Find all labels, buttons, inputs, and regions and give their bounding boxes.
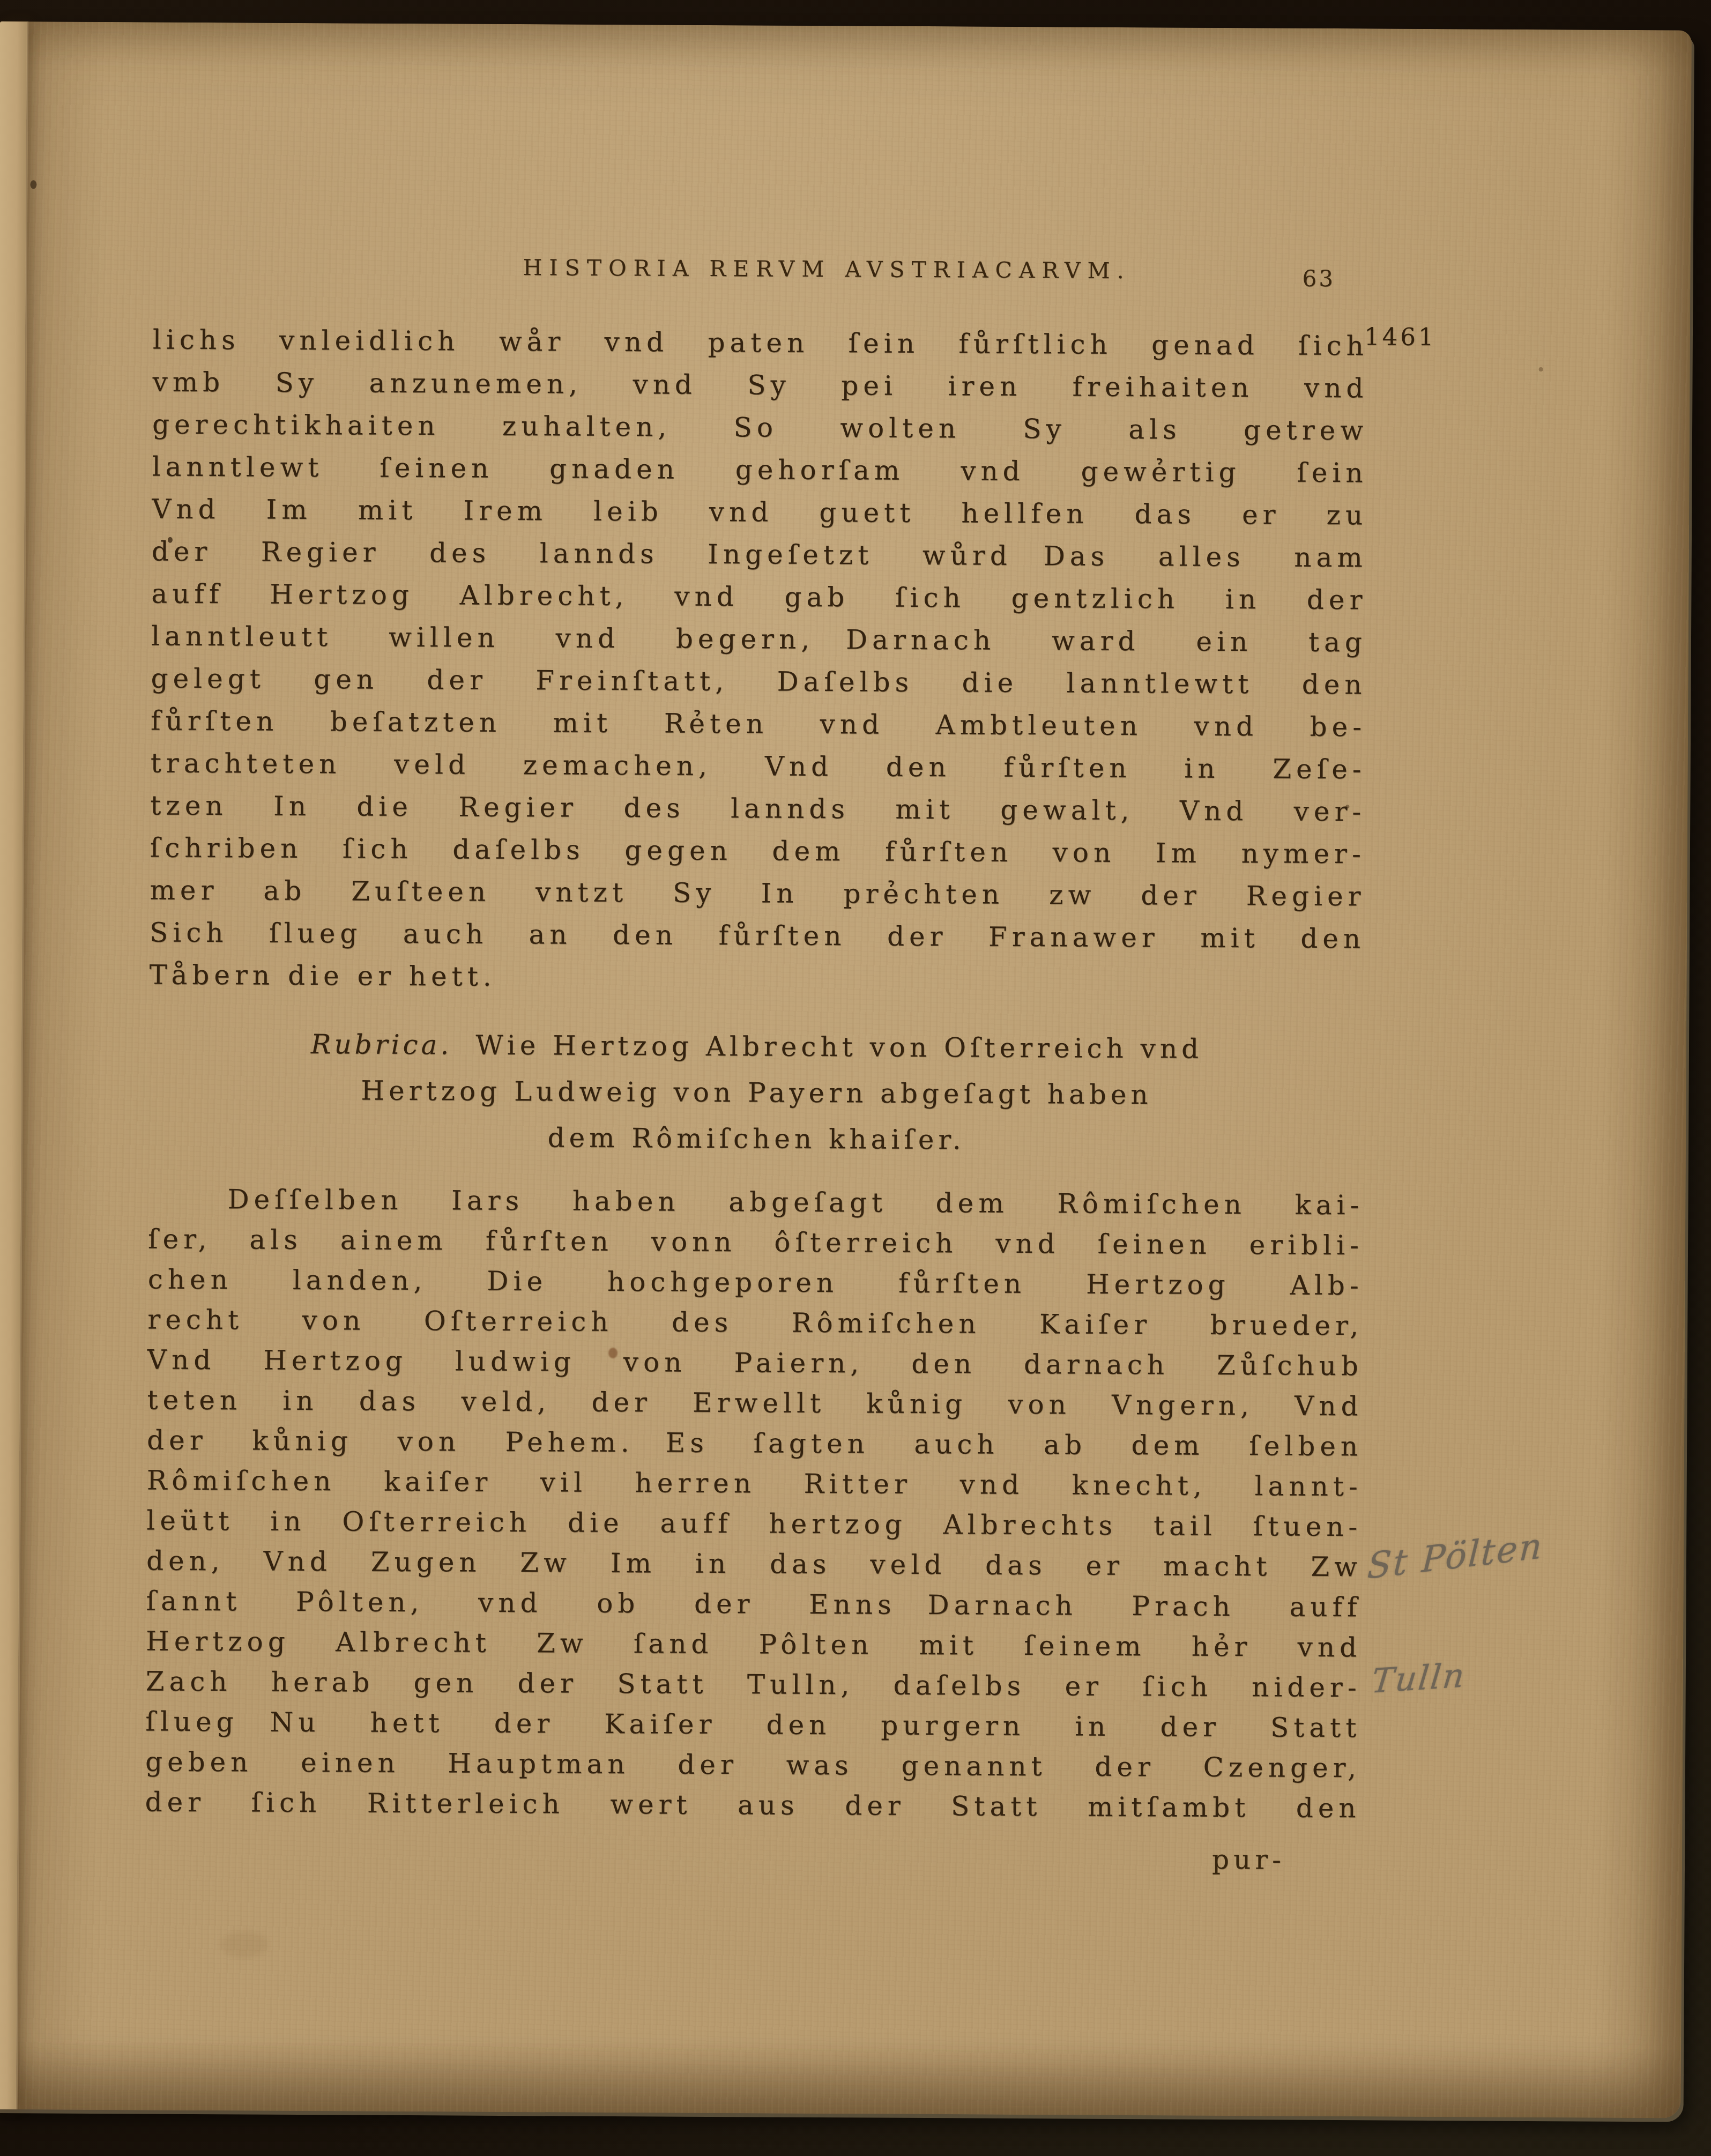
book-page-scan: HISTORIA RERVM AVSTRIACARVM. 63 1461 lic… xyxy=(0,21,1692,2118)
text-line: ſannt Pôlten, vnd ob der Enns Darnach Pr… xyxy=(146,1581,1362,1627)
handwritten-margin-note: St Pölten xyxy=(1366,1525,1545,1587)
text-line: Rômiſchen kaiſer vil herren Ritter vnd k… xyxy=(147,1460,1363,1507)
text-line: trachteten veld zemachen, Vnd den fůrſte… xyxy=(151,742,1366,791)
text-line: lanntlewt ſeinen gnaden gehorſam vnd gew… xyxy=(152,445,1367,494)
text-line: Hertzog Albrecht Zw ſand Pôlten mit ſein… xyxy=(146,1621,1362,1668)
text-line: Sich ſlueg auch an den fůrſten der Frana… xyxy=(150,911,1365,960)
text-line: mer ab Zuſteen vntzt Sy In prẻchten zw d… xyxy=(150,869,1365,918)
text-line: teten in das veld, der Erwellt kůnig von… xyxy=(147,1380,1363,1426)
page-number: 63 xyxy=(1302,265,1377,292)
text-line: der Regier des lannds Ingeſetzt wůrd Das… xyxy=(152,530,1367,579)
text-line: Deſſelben Iars haben abgeſagt dem Rômiſc… xyxy=(148,1179,1364,1225)
text-line: tzen In die Regier des lannds mit gewalt… xyxy=(150,784,1366,833)
text-line: Vnd Im mit Irem leib vnd guett hellfen d… xyxy=(152,488,1367,537)
text-line: gerechtikhaiten zuhalten, So wolten Sy a… xyxy=(152,403,1368,452)
paper-speck xyxy=(30,180,36,189)
rubrica-heading: Rubrica.Wie Hertzog Albrecht von Oſterre… xyxy=(148,1020,1365,1165)
text-line: ſer, als ainem fůrſten vonn ôſterreich v… xyxy=(148,1219,1364,1266)
text-line: Tåbern die er hett. xyxy=(149,954,1365,1002)
text-line: auff Hertzog Albrecht, vnd gab ſich gent… xyxy=(151,573,1367,621)
text-line: chen landen, Die hochgeporen fůrſten Her… xyxy=(148,1259,1364,1306)
paper-speck xyxy=(1539,367,1543,371)
text-line: lanntleutt willen vnd begern, Darnach wa… xyxy=(151,615,1367,664)
text-line: geben einen Hauptman der was genannt der… xyxy=(145,1742,1361,1788)
rubrica-line: Hertzog Ludweig von Payern abgeſagt habe… xyxy=(148,1066,1364,1119)
rubrica-line: Rubrica.Wie Hertzog Albrecht von Oſterre… xyxy=(149,1020,1365,1073)
margin-year: 1461 xyxy=(1364,322,1466,351)
text-line: vmb Sy anzunemen, vnd Sy pei iren freiha… xyxy=(152,361,1368,410)
text-line: den, Vnd Zugen Zw Im in das veld das er … xyxy=(146,1541,1362,1587)
catchword: pur- xyxy=(145,1838,1360,1876)
rubrica-line-text: Wie Hertzog Albrecht von Oſterreich vnd xyxy=(475,1030,1203,1065)
paragraph-1: lichs vnleidlich wår vnd paten ſein fůrſ… xyxy=(149,319,1368,1003)
page-gutter-fold xyxy=(0,21,28,2109)
text-line: Vnd Hertzog ludwig von Paiern, den darna… xyxy=(147,1340,1363,1386)
text-line: ſchriben ſich daſelbs gegen dem fůrſten … xyxy=(150,827,1366,875)
text-line: der ſich Ritterleich wert aus der Statt … xyxy=(145,1782,1360,1828)
text-line: recht von Oſterreich des Rômiſchen Kaiſe… xyxy=(147,1299,1363,1346)
rubrica-label: Rubrica. xyxy=(311,1029,452,1060)
running-header: HISTORIA RERVM AVSTRIACARVM. xyxy=(443,254,1210,284)
paper-stain xyxy=(220,1931,269,1958)
rubrica-line: dem Rômiſchen khaiſer. xyxy=(148,1112,1364,1165)
text-line: fůrſten beſatzten mit Rẻten vnd Ambtleut… xyxy=(151,700,1366,748)
handwritten-margin-note: Tulln xyxy=(1370,1655,1468,1701)
text-line: ſlueg Nu hett der Kaiſer den purgern in … xyxy=(145,1701,1361,1748)
text-line: gelegt gen der Freinſtatt, Daſelbs die l… xyxy=(151,657,1366,706)
paragraph-2: Deſſelben Iars haben abgeſagt dem Rômiſc… xyxy=(145,1179,1364,1828)
text-line: der kůnig von Pehem. Es ſagten auch ab d… xyxy=(147,1420,1363,1467)
text-line: Zach herab gen der Statt Tulln, daſelbs … xyxy=(146,1661,1362,1708)
text-line: lichs vnleidlich wår vnd paten ſein fůrſ… xyxy=(153,319,1368,368)
text-line: leütt in Oſterreich die auff hertzog Alb… xyxy=(146,1500,1362,1547)
